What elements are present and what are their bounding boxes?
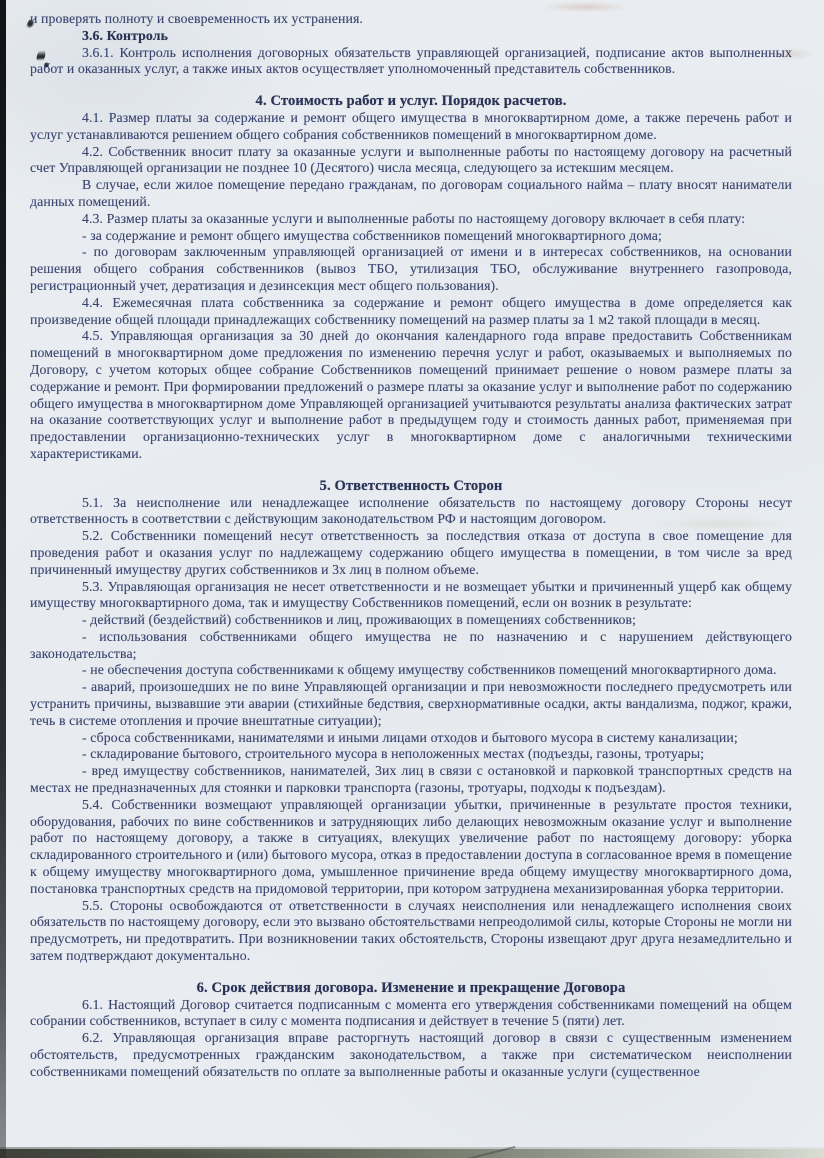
paragraph: 5.2. Собственники помещений несут ответс… xyxy=(30,528,792,578)
paragraph: 5.3. Управляющая организация не несет от… xyxy=(30,579,792,613)
paragraph: 5.5. Стороны освобождаются от ответствен… xyxy=(30,898,792,965)
section-heading: 5. Ответственность Сторон xyxy=(30,478,792,495)
paragraph: - за содержание и ремонт общего имуществ… xyxy=(30,228,792,245)
paragraph: - не обеспечения доступа собственниками … xyxy=(30,662,792,679)
paragraph: - складирование бытового, строительного … xyxy=(30,746,792,763)
paragraph: - действий (бездействий) собственников и… xyxy=(30,612,792,629)
paragraph: 4.1. Размер платы за содержание и ремонт… xyxy=(30,110,792,144)
paragraph: 4.5. Управляющая организация за 30 дней … xyxy=(30,328,792,462)
paragraph: - сброса собственниками, нанимателями и … xyxy=(30,730,792,747)
subsection-heading: 3.6. Контроль xyxy=(30,28,792,45)
paragraph: - вред имуществу собственников, нанимате… xyxy=(30,763,792,797)
paragraph-continuation: и проверять полноту и своевременность их… xyxy=(30,11,792,28)
paragraph: 4.4. Ежемесячная плата собственника за с… xyxy=(30,295,792,329)
paragraph: 3.6.1. Контроль исполнения договорных об… xyxy=(30,45,792,79)
paragraph: В случае, если жилое помещение передано … xyxy=(30,177,792,211)
paragraph: - использования собственниками общего им… xyxy=(30,629,792,663)
section-heading: 4. Стоимость работ и услуг. Порядок расч… xyxy=(30,93,792,110)
scan-edge-bottom xyxy=(0,1149,824,1158)
document-content: и проверять полноту и своевременность их… xyxy=(30,11,792,1081)
section-heading: 6. Срок действия договора. Изменение и п… xyxy=(30,980,792,997)
paragraph: 4.2. Собственник вносит плату за оказанн… xyxy=(30,144,792,178)
scan-artifact-scratch xyxy=(459,1146,516,1158)
paragraph: 6.1. Настоящий Договор считается подписа… xyxy=(30,997,792,1031)
scanned-page: { "colors": { "paper": "#e9edf1", "ink":… xyxy=(0,0,824,1158)
scan-artifact-smudge xyxy=(90,1146,390,1154)
paragraph: 5.4. Собственники возмещают управляющей … xyxy=(30,797,792,898)
paragraph: 4.3. Размер платы за оказанные услуги и … xyxy=(30,211,792,228)
scan-edge-left xyxy=(0,0,6,1158)
paragraph: - аварий, произошедших не по вине Управл… xyxy=(30,679,792,729)
paragraph: - по договорам заключенным управляющей о… xyxy=(30,244,792,294)
paragraph: 5.1. За неисполнение или ненадлежащее ис… xyxy=(30,495,792,529)
paragraph: 6.2. Управляющая организация вправе раст… xyxy=(30,1030,792,1080)
